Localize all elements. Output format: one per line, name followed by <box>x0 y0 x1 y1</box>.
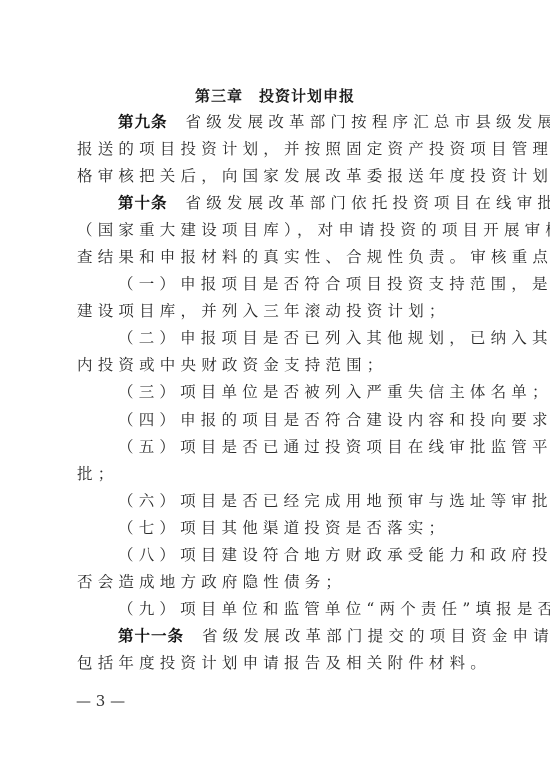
item-2-line-2: 内投资或中央财政资金支持范围； <box>77 352 477 379</box>
item-9: （九）项目单位和监管单位“两个责任”填报是否规范等。 <box>77 596 477 623</box>
item-3: （三）项目单位是否被列入严重失信主体名单； <box>77 379 477 406</box>
article-10-line-3: 查结果和申报材料的真实性、合规性负责。审核重点包括： <box>77 244 477 271</box>
article-label: 第九条 <box>118 113 168 131</box>
article-11-line-1: 第十一条省级发展改革部门提交的项目资金申请文件应当 <box>77 623 477 650</box>
item-6: （六）项目是否已经完成用地预审与选址等审批手续； <box>77 488 477 515</box>
item-8-line-1: （八）项目建设符合地方财政承受能力和政府投资能力，是 <box>77 542 477 569</box>
article-11-line-2: 包括年度投资计划申请报告及相关附件材料。 <box>77 650 477 677</box>
item-1-line-1: （一）申报项目是否符合项目投资支持范围，是否纳入重大 <box>77 271 477 298</box>
item-5-line-1: （五）项目是否已通过投资项目在线审批监管平台完成审 <box>77 434 477 461</box>
document-body: 第九条省级发展改革部门按程序汇总市县级发展改革部门 报送的项目投资计划，并按照固… <box>77 109 477 677</box>
article-text: 省级发展改革部门按程序汇总市县级发展改革部门 <box>186 113 550 131</box>
page-number: — 3 — <box>76 692 125 710</box>
article-label: 第十条 <box>118 194 168 212</box>
article-9-line-2: 报送的项目投资计划，并按照固定资产投资项目管理有关规定严 <box>77 136 477 163</box>
article-label: 第十一条 <box>118 627 184 645</box>
document-page: 第三章 投资计划申报 第九条省级发展改革部门按程序汇总市县级发展改革部门 报送的… <box>0 0 550 777</box>
article-text: 省级发展改革部门提交的项目资金申请文件应当 <box>202 627 550 645</box>
item-5-line-2: 批； <box>77 461 477 488</box>
item-2-line-1: （二）申报项目是否已列入其他规划，已纳入其他中央预算 <box>77 325 477 352</box>
item-4: （四）申报的项目是否符合建设内容和投向要求； <box>77 407 477 434</box>
item-1-line-2: 建设项目库，并列入三年滚动投资计划； <box>77 298 477 325</box>
article-10-line-1: 第十条省级发展改革部门依托投资项目在线审批监管平台 <box>77 190 477 217</box>
article-text: 省级发展改革部门依托投资项目在线审批监管平台 <box>186 194 550 212</box>
chapter-title: 第三章 投资计划申报 <box>0 84 550 108</box>
article-9-line-1: 第九条省级发展改革部门按程序汇总市县级发展改革部门 <box>77 109 477 136</box>
item-7: （七）项目其他渠道投资是否落实； <box>77 515 477 542</box>
article-9-line-3: 格审核把关后，向国家发展改革委报送年度投资计划申请报告。 <box>77 163 477 190</box>
item-8-line-2: 否会造成地方政府隐性债务； <box>77 569 477 596</box>
article-10-line-2: （国家重大建设项目库），对申请投资的项目开展审核，并对审 <box>77 217 477 244</box>
